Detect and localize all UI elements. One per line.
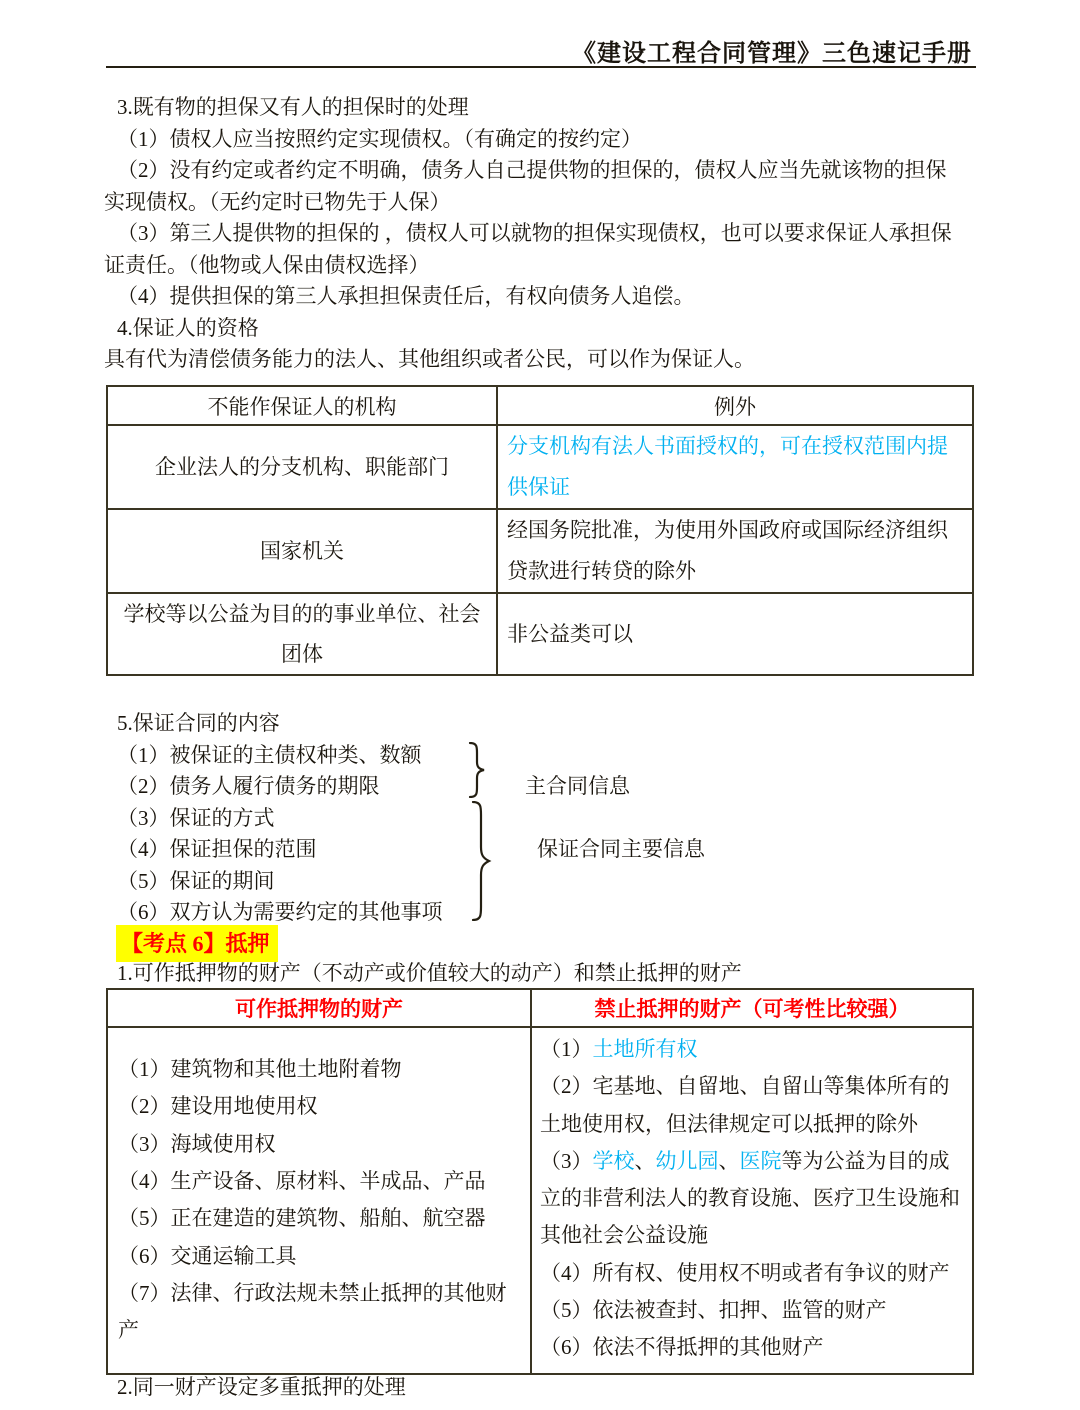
guarantor-qualification-table: 不能作保证人的机构 例外 企业法人的分支机构、职能部门 分支机构有法人书面授权的… xyxy=(106,385,974,676)
contract-content-section: 5.保证合同的内容 （1）被保证的主债权种类、数额 （2）债务人履行债务的期限 … xyxy=(104,708,744,929)
header-rule xyxy=(106,66,976,68)
body-line: 2.同一财产设定多重抵押的处理 xyxy=(104,1372,980,1404)
page-header-title: 《建设工程合同管理》三色速记手册 xyxy=(572,33,972,68)
list-item: （3）保证的方式 xyxy=(104,803,744,835)
exam-point-badge: 【考点 6】抵押 xyxy=(116,925,278,962)
body-line: （2）没有约定或者约定不明确，债务人自己提供物的担保的，债权人应当先就该物的担保 xyxy=(104,155,980,187)
mortgage-intro-line: 1.可作抵押物的财产（不动产或价值较大的动产）和禁止抵押的财产 xyxy=(104,958,980,990)
table1-cell-exception: 经国务院批准，为使用外国政府或国际经济组织 贷款进行转贷的除外 xyxy=(497,509,973,593)
list-item: （4）生产设备、原材料、半成品、产品 xyxy=(118,1163,530,1200)
body-line: 4.保证人的资格 xyxy=(104,313,980,345)
list-item: （5）保证的期间 xyxy=(104,866,744,898)
brace-label-main-contract: 主合同信息 xyxy=(525,771,630,803)
body-line: 实现债权。（无约定时已物先于人保） xyxy=(104,187,980,219)
table1-header-left: 不能作保证人的机构 xyxy=(107,386,497,425)
list-item: （3）学校、幼儿园、医院等为公益为目的成 xyxy=(540,1143,972,1180)
list-item: 其他社会公益设施 xyxy=(540,1217,972,1254)
body-line: 1.可作抵押物的财产（不动产或价值较大的动产）和禁止抵押的财产 xyxy=(104,958,980,990)
list-item: （1）被保证的主债权种类、数额 xyxy=(104,740,744,772)
table2-header-forbidden: 禁止抵押的财产（可考性比较强） xyxy=(531,989,973,1027)
curly-brace-icon xyxy=(469,801,493,921)
list-item: （2）宅基地、自留地、自留山等集体所有的 xyxy=(540,1068,972,1105)
list-item: 产 xyxy=(118,1312,530,1349)
table2-cell-forbidden: （1）土地所有权 （2）宅基地、自留地、自留山等集体所有的 土地使用权，但法律规… xyxy=(531,1027,973,1374)
body-line: 证责任。（他物或人保由债权选择） xyxy=(104,250,980,282)
list-item: （6）交通运输工具 xyxy=(118,1238,530,1275)
body-line: （1）债权人应当按照约定实现债权。（有确定的按约定） xyxy=(104,124,980,156)
table1-cell-org: 企业法人的分支机构、职能部门 xyxy=(107,425,497,509)
body-line: （3）第三人提供物的担保的 ，债权人可以就物的担保实现债权，也可以要求保证人承担… xyxy=(104,218,980,250)
list-item: （7）法律、行政法规未禁止抵押的其他财 xyxy=(118,1275,530,1312)
list-item: （1）建筑物和其他土地附着物 xyxy=(118,1051,530,1088)
list-item: （4）所有权、使用权不明或者有争议的财产 xyxy=(540,1255,972,1292)
mortgage-property-table: 可作抵押物的财产 禁止抵押的财产（可考性比较强） （1）建筑物和其他土地附着物 … xyxy=(106,988,974,1375)
list-item: （2）建设用地使用权 xyxy=(118,1088,530,1125)
table1-cell-exception: 非公益类可以 xyxy=(497,593,973,675)
list-item: （3）海域使用权 xyxy=(118,1126,530,1163)
table1-header-right: 例外 xyxy=(497,386,973,425)
list-item: （6）依法不得抵押的其他财产 xyxy=(540,1329,972,1366)
brace-label-guarantee-contract: 保证合同主要信息 xyxy=(537,834,705,866)
table1-cell-org: 国家机关 xyxy=(107,509,497,593)
multiple-mortgage-line: 2.同一财产设定多重抵押的处理 xyxy=(104,1372,980,1404)
body-line: （4）提供担保的第三人承担担保责任后，有权向债务人追偿。 xyxy=(104,281,980,313)
table1-cell-org: 学校等以公益为目的的事业单位、社会 团体 xyxy=(107,593,497,675)
list-item: （6）双方认为需要约定的其他事项 xyxy=(104,897,744,929)
list-item: （5）正在建造的建筑物、船舶、航空器 xyxy=(118,1200,530,1237)
guarantee-handling-section: 3.既有物的担保又有人的担保时的处理 （1）债权人应当按照约定实现债权。（有确定… xyxy=(104,92,980,376)
section-title: 5.保证合同的内容 xyxy=(104,708,744,740)
table2-cell-allowed: （1）建筑物和其他土地附着物 （2）建设用地使用权 （3）海域使用权 （4）生产… xyxy=(107,1027,531,1374)
list-item: 土地使用权，但法律规定可以抵押的除外 xyxy=(540,1106,972,1143)
curly-brace-icon xyxy=(467,742,487,798)
list-item: （5）依法被查封、扣押、监管的财产 xyxy=(540,1292,972,1329)
document-page: 《建设工程合同管理》三色速记手册 3.既有物的担保又有人的担保时的处理 （1）债… xyxy=(0,0,1080,1410)
table1-cell-exception: 分支机构有法人书面授权的，可在授权范围内提 供保证 xyxy=(497,425,973,509)
body-line: 3.既有物的担保又有人的担保时的处理 xyxy=(104,92,980,124)
list-item: 立的非营利法人的教育设施、医疗卫生设施和 xyxy=(540,1180,972,1217)
body-line: 具有代为清偿债务能力的法人、其他组织或者公民，可以作为保证人。 xyxy=(104,344,980,376)
table2-header-allowed: 可作抵押物的财产 xyxy=(107,989,531,1027)
list-item: （1）土地所有权 xyxy=(540,1031,972,1068)
list-item: （2）债务人履行债务的期限 xyxy=(104,771,744,803)
